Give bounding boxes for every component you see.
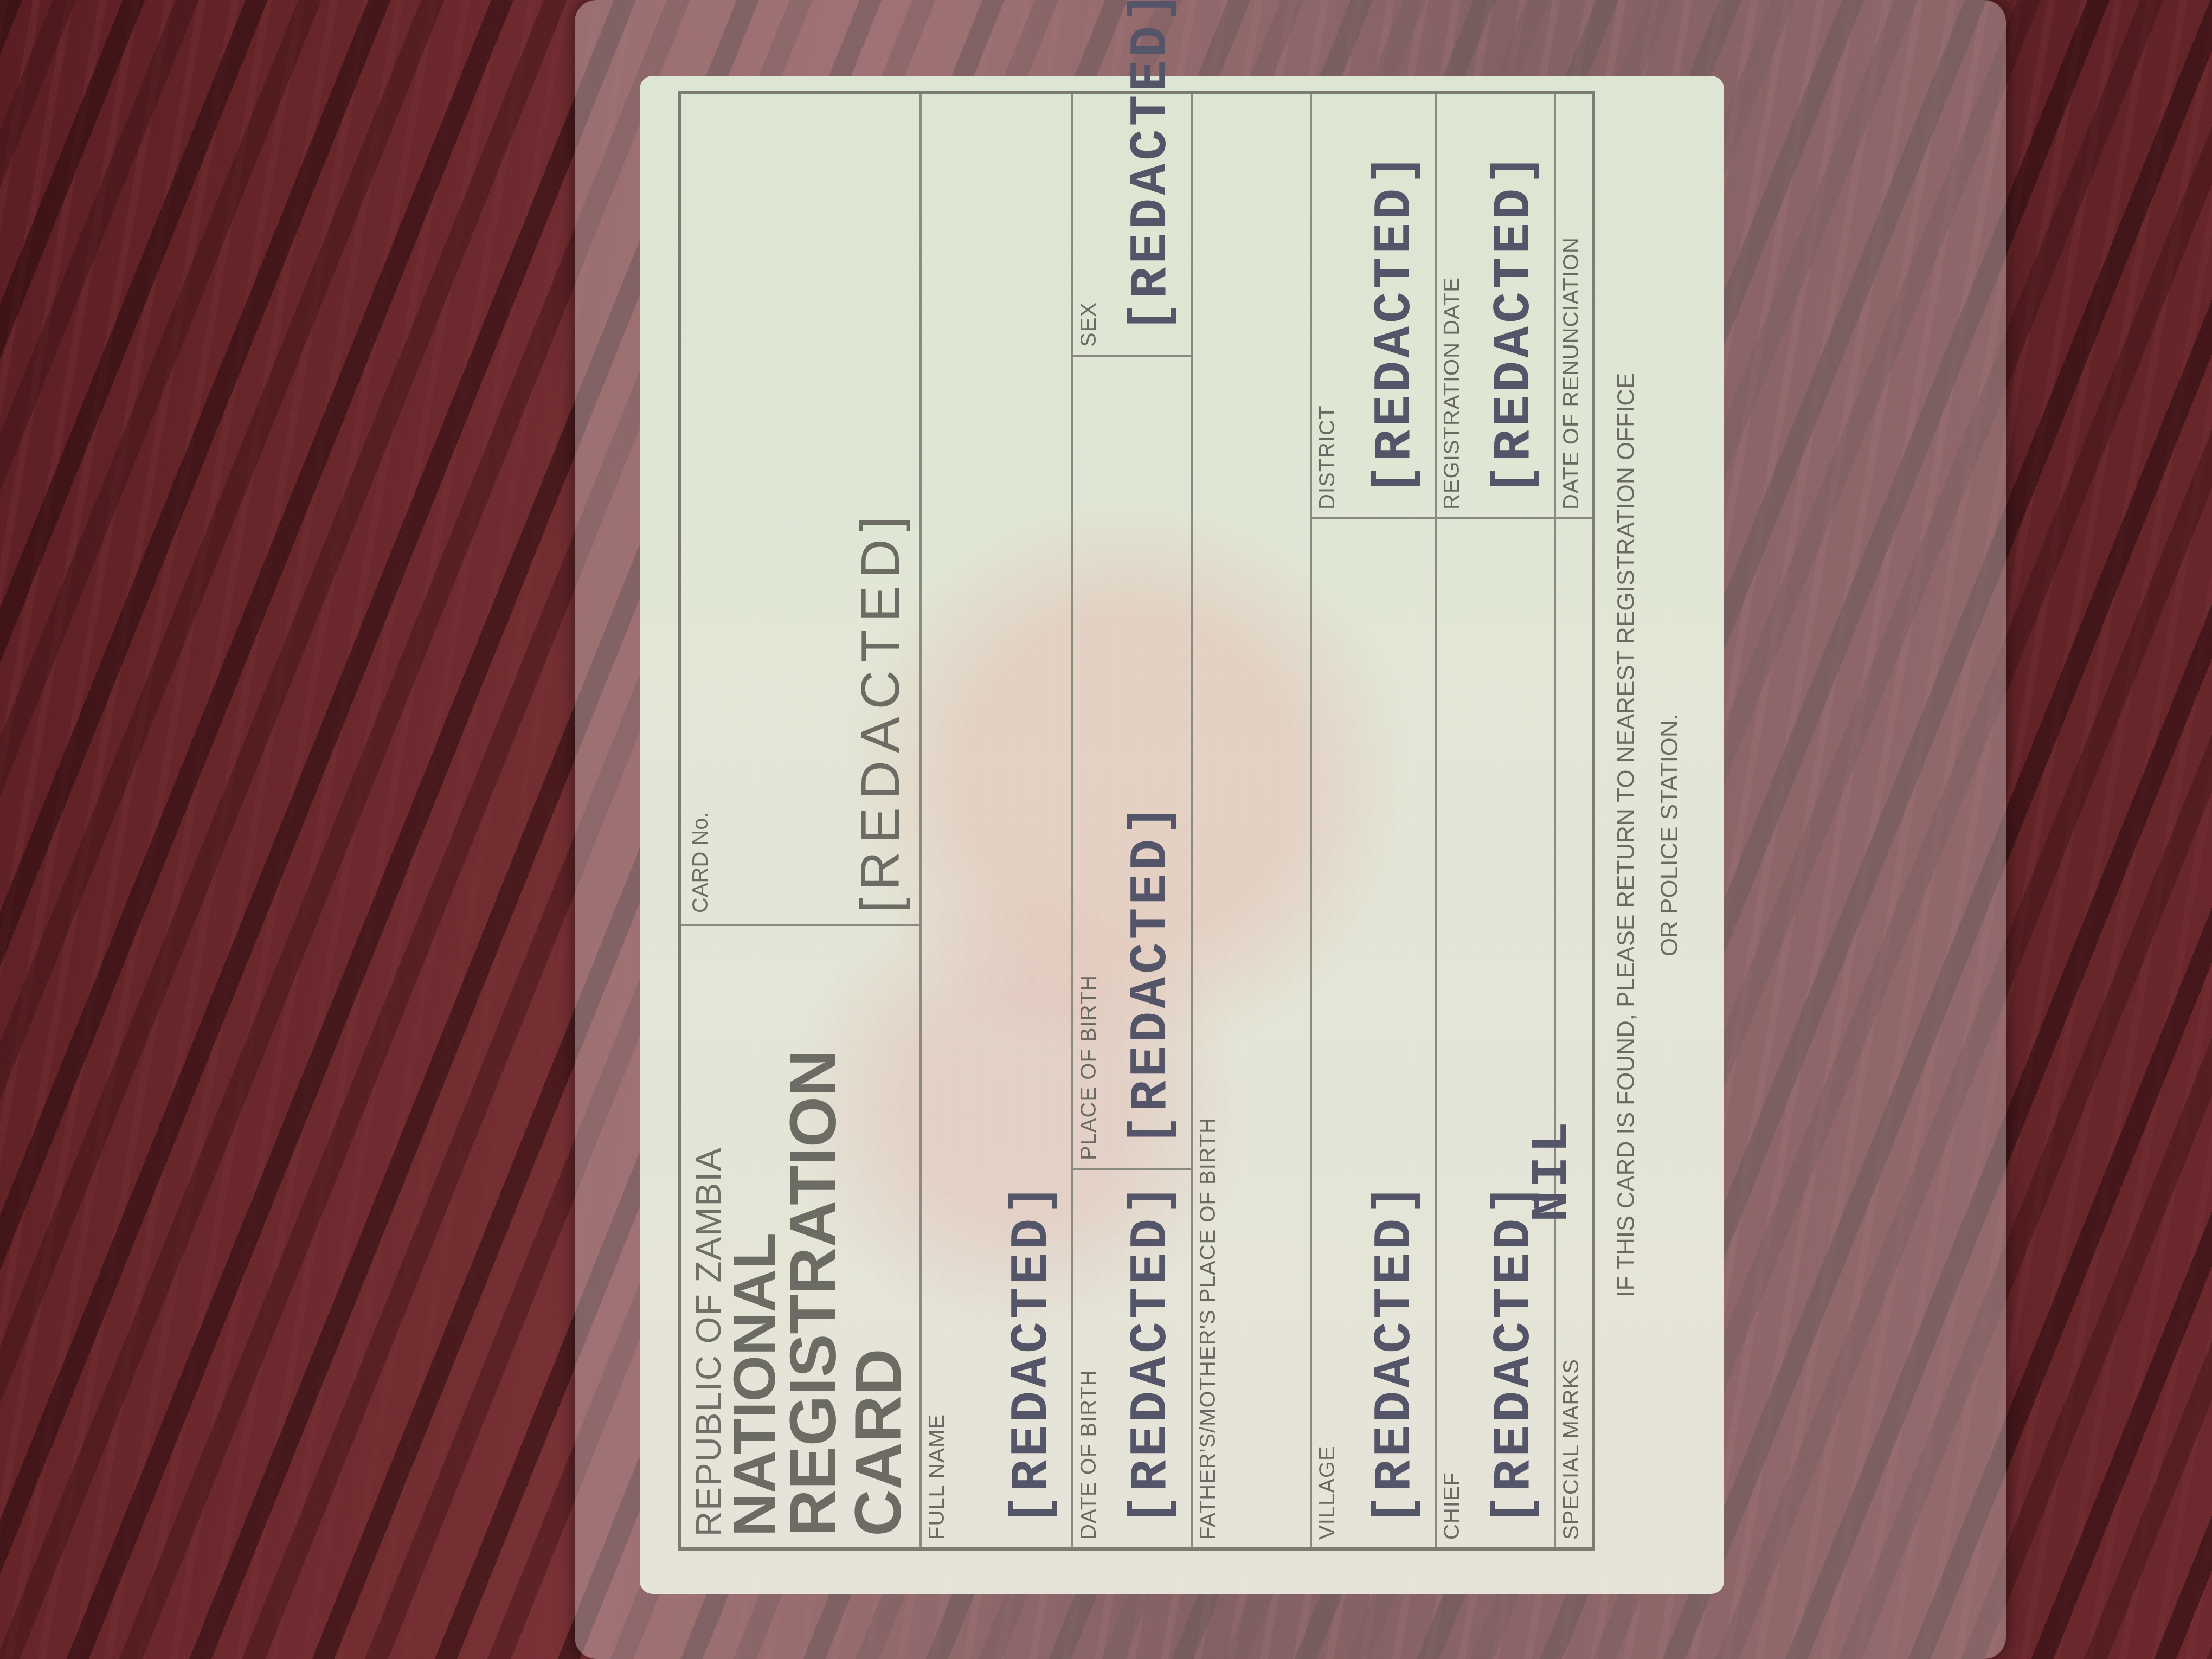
- registration-date-value: [REDACTED]: [1485, 151, 1544, 496]
- dob-label: DATE OF BIRTH: [1077, 1369, 1101, 1540]
- village-cell: VILLAGE [REDACTED]: [1310, 517, 1435, 1547]
- sex-label: SEX: [1077, 302, 1101, 347]
- renunciation-cell: DATE OF RENUNCIATION: [1554, 94, 1592, 517]
- full-name-row: FULL NAME [REDACTED]: [919, 94, 1073, 1547]
- pob-cell: PLACE OF BIRTH [REDACTED]: [1071, 355, 1191, 1168]
- full-name-value: [REDACTED]: [1002, 1181, 1062, 1526]
- district-label: DISTRICT: [1315, 406, 1340, 510]
- special-marks-value: NIL: [1523, 1118, 1582, 1222]
- card-field-grid: REPUBLIC OF ZAMBIA NATIONAL REGISTRATION…: [678, 91, 1595, 1551]
- chief-value: [REDACTED]: [1485, 1181, 1544, 1526]
- village-row: VILLAGE [REDACTED] DISTRICT [REDACTED]: [1310, 94, 1437, 1547]
- village-label: VILLAGE: [1315, 1445, 1340, 1540]
- special-marks-cell: SPECIAL MARKS NIL: [1554, 517, 1592, 1547]
- parents-pob-row: FATHER'S/MOTHER'S PLACE OF BIRTH: [1191, 94, 1312, 1547]
- return-notice-line2: OR POLICE STATION.: [1648, 76, 1692, 1594]
- sex-cell: SEX [REDACTED]: [1071, 94, 1191, 355]
- special-marks-row: SPECIAL MARKS NIL DATE OF RENUNCIATION: [1554, 94, 1592, 1547]
- renunciation-label: DATE OF RENUNCIATION: [1559, 237, 1584, 510]
- district-cell: DISTRICT [REDACTED]: [1310, 94, 1435, 517]
- title-line2: REGISTRATION CARD: [781, 926, 911, 1536]
- return-notice: IF THIS CARD IS FOUND, PLEASE RETURN TO …: [1605, 76, 1692, 1594]
- card-number-label: CARD No.: [689, 812, 713, 913]
- chief-label: CHIEF: [1440, 1472, 1464, 1540]
- village-value: [REDACTED]: [1366, 1181, 1425, 1526]
- pob-label: PLACE OF BIRTH: [1077, 975, 1101, 1160]
- chief-row: CHIEF [REDACTED] REGISTRATION DATE [REDA…: [1435, 94, 1556, 1547]
- sex-value: [REDACTED]: [1122, 0, 1181, 333]
- national-registration-card: REPUBLIC OF ZAMBIA NATIONAL REGISTRATION…: [640, 76, 1724, 1594]
- id-card-rotated: REPUBLIC OF ZAMBIA NATIONAL REGISTRATION…: [640, 76, 1724, 1594]
- birth-row: DATE OF BIRTH [REDACTED] PLACE OF BIRTH …: [1071, 94, 1193, 1547]
- district-value: [REDACTED]: [1366, 151, 1425, 496]
- full-name-label: FULL NAME: [925, 1414, 949, 1540]
- header-row: REPUBLIC OF ZAMBIA NATIONAL REGISTRATION…: [681, 94, 922, 1547]
- dob-cell: DATE OF BIRTH [REDACTED]: [1071, 1168, 1191, 1547]
- return-notice-line1: IF THIS CARD IS FOUND, PLEASE RETURN TO …: [1605, 76, 1648, 1594]
- card-number-cell: CARD No. [REDACTED]: [681, 94, 919, 924]
- pob-value: [REDACTED]: [1122, 801, 1181, 1146]
- special-marks-label: SPECIAL MARKS: [1559, 1359, 1584, 1540]
- parents-pob-label: FATHER'S/MOTHER'S PLACE OF BIRTH: [1196, 1117, 1220, 1540]
- registration-date-cell: REGISTRATION DATE [REDACTED]: [1435, 94, 1554, 517]
- title-cell: REPUBLIC OF ZAMBIA NATIONAL REGISTRATION…: [681, 924, 919, 1547]
- card-number-value: [REDACTED]: [850, 509, 912, 913]
- dob-value: [REDACTED]: [1122, 1181, 1181, 1526]
- registration-date-label: REGISTRATION DATE: [1440, 277, 1464, 510]
- title-line1: NATIONAL: [729, 926, 781, 1536]
- chief-cell: CHIEF [REDACTED]: [1435, 517, 1554, 1547]
